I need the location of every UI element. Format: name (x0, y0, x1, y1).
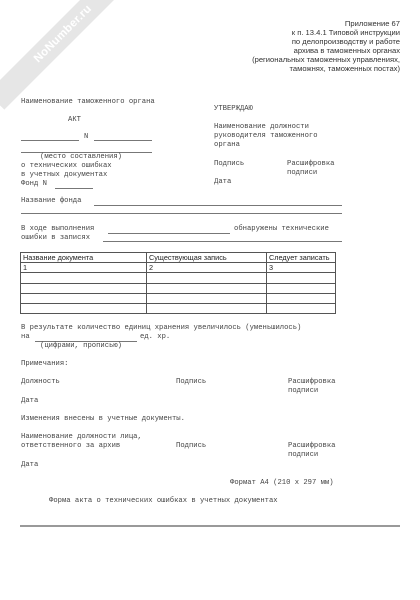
form-caption: Форма акта о технических ошибках в учетн… (49, 497, 278, 506)
column-number: 2 (147, 263, 267, 273)
column-header: Следует записать (267, 253, 336, 263)
fond-label: Фонд N (21, 180, 47, 189)
number-sign: N (84, 133, 88, 142)
table-cell[interactable] (147, 283, 267, 293)
table-cell[interactable] (147, 293, 267, 303)
approve-label: УТВЕРЖДАЮ (214, 105, 253, 114)
errors-table: Название документа Существующая запись С… (20, 252, 336, 314)
table-cell[interactable] (21, 303, 147, 313)
archive-decode-label-1: Расшифровка (288, 442, 335, 451)
decode-label-2: подписи (288, 387, 318, 396)
signature-label: Подпись (176, 378, 206, 387)
head-position-line-1: Наименование должности (214, 123, 309, 132)
result-text: В результате количество единиц хранения … (21, 324, 301, 333)
org-name-label: Наименование таможенного органа (21, 98, 155, 107)
fond-name-line-2[interactable] (21, 213, 342, 214)
archive-position-line-1: Наименование должности лица, (21, 433, 142, 442)
place-label: (место составления) (40, 153, 122, 162)
quantity-hint: (цифрами, прописью) (40, 342, 122, 351)
head-decode-label-1: Расшифровка (287, 160, 334, 169)
table-cell[interactable] (147, 273, 267, 283)
subject-line-1: о технических ошибках (21, 162, 112, 171)
during-line[interactable] (108, 233, 230, 234)
column-number: 3 (267, 263, 336, 273)
column-header: Существующая запись (147, 253, 267, 263)
subject-line-2: в учетных документах (21, 171, 107, 180)
archive-position-line-2: ответственного за архив (21, 442, 120, 451)
column-header: Название документа (21, 253, 147, 263)
table-cell[interactable] (267, 293, 336, 303)
bottom-divider (20, 525, 400, 527)
appendix-line: архива в таможенных органах (252, 46, 400, 55)
act-date-line[interactable] (21, 140, 79, 141)
fond-name-label: Название фонда (21, 197, 81, 206)
during-label: В ходе выполнения (21, 225, 94, 234)
table-cell[interactable] (147, 303, 267, 313)
units-label: ед. хр. (140, 333, 170, 342)
table-cell[interactable] (21, 293, 147, 303)
position-label: Должность (21, 378, 60, 387)
table-number-row: 1 2 3 (21, 263, 336, 273)
head-date-label: Дата (214, 178, 231, 187)
head-position-line-2: руководителя таможенного (214, 132, 318, 141)
act-number-line[interactable] (94, 140, 152, 141)
appendix-line: Приложение 67 (252, 19, 400, 28)
table-cell[interactable] (21, 283, 147, 293)
appendix-line: таможнях, таможенных постах) (252, 64, 400, 73)
fond-name-line[interactable] (94, 205, 342, 206)
table-cell[interactable] (267, 273, 336, 283)
on-label: на (21, 333, 30, 342)
watermark: NoNumber.ru (0, 0, 139, 110)
table-cell[interactable] (267, 283, 336, 293)
head-decode-label-2: подписи (287, 169, 317, 178)
table-cell[interactable] (267, 303, 336, 313)
act-title: АКТ (68, 116, 81, 125)
decode-label-1: Расшифровка (288, 378, 335, 387)
appendix-line: (региональных таможенных управлениях, (252, 55, 400, 64)
archive-decode-label-2: подписи (288, 451, 318, 460)
errors-line[interactable] (103, 241, 342, 242)
head-position-line-3: органа (214, 141, 240, 150)
changes-text: Изменения внесены в учетные документы. (21, 415, 185, 424)
format-label: Формат А4 (210 x 297 мм) (230, 479, 334, 488)
column-number: 1 (21, 263, 147, 273)
found-label: обнаружены технические (234, 225, 329, 234)
table-cell[interactable] (21, 273, 147, 283)
table-row (21, 283, 336, 293)
fond-number-line[interactable] (55, 188, 93, 189)
notes-label: Примечания: (21, 360, 68, 369)
table-row (21, 293, 336, 303)
table-row (21, 273, 336, 283)
errors-label: ошибки в записях (21, 234, 90, 243)
appendix-line: к п. 13.4.1 Типовой инструкции (252, 28, 400, 37)
date-label: Дата (21, 397, 38, 406)
archive-signature-label: Подпись (176, 442, 206, 451)
head-signature-label: Подпись (214, 160, 244, 169)
table-row (21, 303, 336, 313)
appendix-line: по делопроизводству и работе (252, 37, 400, 46)
table-header-row: Название документа Существующая запись С… (21, 253, 336, 263)
appendix-reference: Приложение 67 к п. 13.4.1 Типовой инстру… (252, 19, 400, 74)
archive-date-label: Дата (21, 461, 38, 470)
